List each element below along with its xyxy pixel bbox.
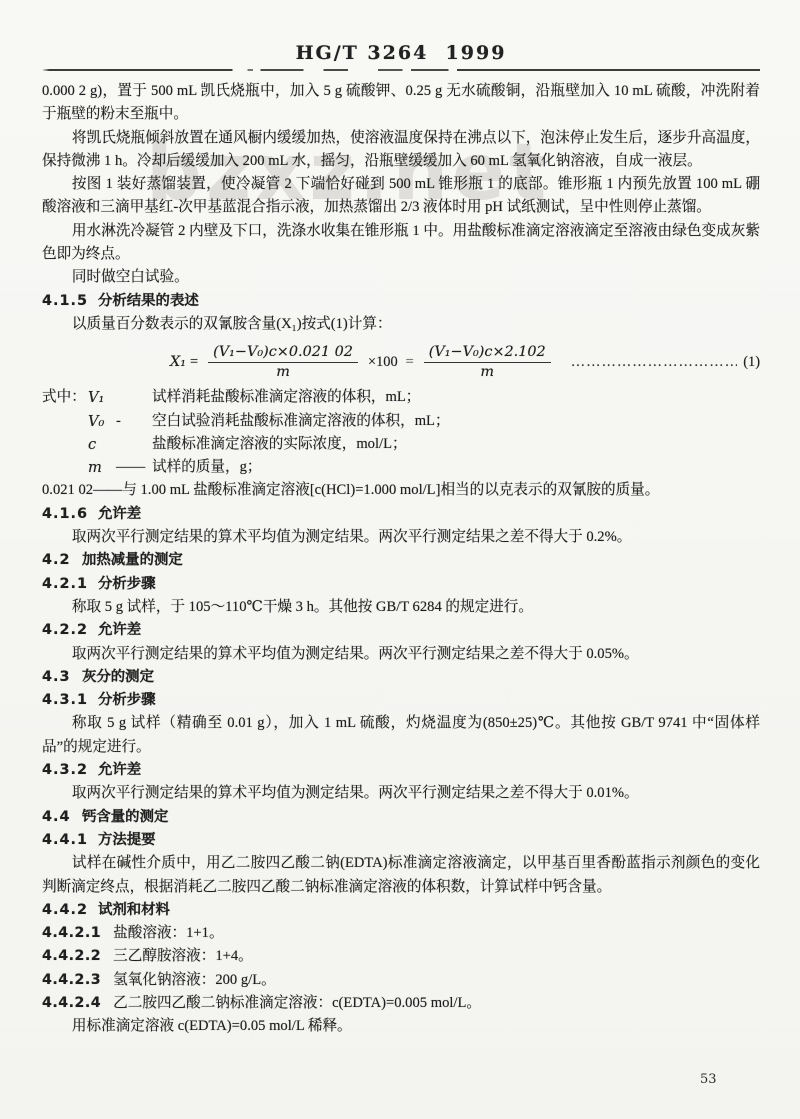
formula-label: (1)	[743, 354, 760, 371]
heading-title: 允许差	[98, 762, 141, 778]
paragraph-blank-test: 同时做空白试验。	[42, 266, 760, 289]
paragraph-dilution: 用标准滴定溶液 c(EDTA)=0.05 mol/L 稀释。	[42, 1015, 760, 1038]
paragraph-tolerance-4-3-2: 取两次平行测定结果的算术平均值为测定结果。两次平行测定结果之差不得大于 0.01…	[42, 782, 760, 805]
scanned-standard-page: bzxz.net HG/T 3264 1999 0.000 2 g)，置于 50…	[0, 0, 800, 1119]
formula-equals-2: =	[406, 354, 414, 371]
reagent-number: 4.4.2.1	[42, 925, 101, 941]
paragraph-rinse-titration: 用水淋洗冷凝管 2 内壁及下口，洗涤水收集在锥形瓶 1 中。用盐酸标准滴定溶液滴…	[42, 220, 760, 267]
heading-4-1-5: 4.1.5分析结果的表述	[42, 290, 760, 313]
fraction-numerator: (V₁−V₀)c×2.102	[424, 343, 551, 363]
definition-text: 盐酸标准滴定溶液的实际浓度，mol/L；	[152, 433, 760, 456]
fraction-numerator: (V₁−V₀)c×0.021 02	[208, 343, 358, 363]
definition-dash	[116, 386, 152, 409]
reagent-text: 盐酸溶液：1+1。	[113, 925, 223, 941]
heading-number: 4.4.1	[42, 829, 88, 852]
definition-row-v1: 式中： V₁ 试样消耗盐酸标准滴定溶液的体积，mL；	[42, 386, 760, 409]
formula-dot-leaders: ………………………………………………	[571, 354, 738, 371]
heading-number: 4.3.1	[42, 689, 88, 712]
definition-text: 试样消耗盐酸标准滴定溶液的体积，mL；	[152, 386, 760, 409]
definition-symbol: V₁	[88, 386, 116, 409]
paragraph-calc-intro: 以质量百分数表示的双氰胺含量(X₁)按式(1)计算：	[42, 313, 760, 336]
reagent-item-hcl: 4.4.2.1盐酸溶液：1+1。	[42, 922, 760, 945]
definition-prefix	[42, 410, 88, 433]
definition-symbol: c	[88, 433, 116, 456]
paragraph-coefficient-note: 0.021 02——与 1.00 mL 盐酸标准滴定溶液[c(HCl)=1.00…	[42, 479, 760, 502]
heading-4-2: 4.2加热减量的测定	[42, 549, 760, 572]
definition-dash: ——	[116, 456, 152, 479]
heading-4-2-1: 4.2.1分析步骤	[42, 573, 760, 596]
heading-title: 分析结果的表述	[98, 293, 199, 309]
reagent-item-triethanolamine: 4.4.2.2三乙醇胺溶液：1+4。	[42, 945, 760, 968]
definition-prefix: 式中：	[42, 386, 88, 409]
heading-title: 方法提要	[98, 832, 156, 848]
reagent-text: 三乙醇胺溶液：1+4。	[113, 948, 253, 964]
paragraph-step-4-3-1: 称取 5 g 试样（精确至 0.01 g），加入 1 mL 硫酸，灼烧温度为(8…	[42, 712, 760, 759]
paragraph-continuation: 0.000 2 g)，置于 500 mL 凯氏烧瓶中，加入 5 g 硫酸钾、0.…	[42, 80, 760, 127]
heading-number: 4.1.5	[42, 290, 88, 313]
heading-title: 加热减量的测定	[82, 552, 183, 568]
heading-4-4-2: 4.4.2试剂和材料	[42, 899, 760, 922]
paragraph-tolerance-4-2-2: 取两次平行测定结果的算术平均值为测定结果。两次平行测定结果之差不得大于 0.05…	[42, 643, 760, 666]
paragraph-step-4-2-1: 称取 5 g 试样，于 105～110℃干燥 3 h。其他按 GB/T 6284…	[42, 596, 760, 619]
fraction-denominator: m	[424, 363, 551, 381]
paragraph-tolerance-4-1-6: 取两次平行测定结果的算术平均值为测定结果。两次平行测定结果之差不得大于 0.2%…	[42, 526, 760, 549]
formula-lhs: X₁	[170, 354, 186, 370]
reagent-text: 氢氧化钠溶液：200 g/L。	[113, 972, 276, 988]
definition-row-c: c 盐酸标准滴定溶液的实际浓度，mol/L；	[42, 433, 760, 456]
standard-code-header: HG/T 3264 1999	[42, 42, 760, 64]
heading-number: 4.3	[42, 666, 72, 689]
heading-number: 4.2.2	[42, 619, 88, 642]
heading-number: 4.2.1	[42, 573, 88, 596]
definition-text: 空白试验消耗盐酸标准滴定溶液的体积，mL；	[152, 410, 760, 433]
reagent-number: 4.4.2.4	[42, 995, 101, 1011]
definition-symbol: m	[88, 456, 116, 479]
formula-fraction-1: (V₁−V₀)c×0.021 02 m	[208, 343, 358, 381]
heading-4-3-2: 4.3.2允许差	[42, 759, 760, 782]
fraction-denominator: m	[208, 363, 358, 381]
heading-title: 允许差	[98, 506, 141, 522]
formula-fraction-2: (V₁−V₀)c×2.102 m	[424, 343, 551, 381]
definition-prefix	[42, 433, 88, 456]
heading-4-3-1: 4.3.1分析步骤	[42, 689, 760, 712]
heading-title: 试剂和材料	[98, 902, 170, 918]
formula-1: X₁ = (V₁−V₀)c×0.021 02 m ×100 = (V₁−V₀)c…	[42, 336, 760, 386]
reagent-text: 乙二胺四乙酸二钠标准滴定溶液：c(EDTA)=0.005 mol/L。	[113, 995, 481, 1011]
page-content: HG/T 3264 1999 0.000 2 g)，置于 500 mL 凯氏烧瓶…	[42, 42, 760, 1039]
heading-number: 4.4	[42, 806, 72, 829]
heading-4-2-2: 4.2.2允许差	[42, 619, 760, 642]
definition-row-m: m —— 试样的质量，g；	[42, 456, 760, 479]
reagent-number: 4.4.2.3	[42, 972, 101, 988]
heading-number: 4.2	[42, 549, 72, 572]
heading-number: 4.1.6	[42, 503, 88, 526]
header-rule	[42, 69, 760, 71]
heading-title: 分析步骤	[98, 576, 156, 592]
definition-dash	[116, 433, 152, 456]
definition-text: 试样的质量，g；	[152, 456, 760, 479]
heading-4-4: 4.4钙含量的测定	[42, 806, 760, 829]
heading-number: 4.3.2	[42, 759, 88, 782]
heading-4-1-6: 4.1.6允许差	[42, 503, 760, 526]
definition-symbol: V₀	[88, 410, 116, 433]
reagent-item-edta: 4.4.2.4乙二胺四乙酸二钠标准滴定溶液：c(EDTA)=0.005 mol/…	[42, 992, 760, 1015]
formula-equals: =	[190, 354, 198, 371]
formula-times-100: ×100	[368, 354, 398, 371]
definition-prefix	[42, 456, 88, 479]
paragraph-distillation: 按图 1 装好蒸馏装置，使冷凝管 2 下端恰好碰到 500 mL 锥形瓶 1 的…	[42, 173, 760, 220]
paragraph-summary-4-4-1: 试样在碱性介质中，用乙二胺四乙酸二钠(EDTA)标准滴定溶液滴定，以甲基百里香酚…	[42, 852, 760, 899]
heading-4-3: 4.3灰分的测定	[42, 666, 760, 689]
document-body: 0.000 2 g)，置于 500 mL 凯氏烧瓶中，加入 5 g 硫酸钾、0.…	[42, 80, 760, 1039]
heading-title: 灰分的测定	[82, 669, 154, 685]
reagent-item-naoh: 4.4.2.3氢氧化钠溶液：200 g/L。	[42, 969, 760, 992]
heading-number: 4.4.2	[42, 899, 88, 922]
heading-title: 允许差	[98, 622, 141, 638]
definition-row-v0: V₀ - 空白试验消耗盐酸标准滴定溶液的体积，mL；	[42, 410, 760, 433]
heading-4-4-1: 4.4.1方法提要	[42, 829, 760, 852]
heading-title: 分析步骤	[98, 692, 156, 708]
page-number: 53	[700, 1072, 717, 1087]
definition-dash: -	[116, 410, 152, 433]
heading-title: 钙含量的测定	[82, 809, 168, 825]
paragraph-heating: 将凯氏烧瓶倾斜放置在通风橱内缓缓加热，使溶液温度保持在沸点以下，泡沫停止发生后，…	[42, 127, 760, 174]
reagent-number: 4.4.2.2	[42, 948, 101, 964]
